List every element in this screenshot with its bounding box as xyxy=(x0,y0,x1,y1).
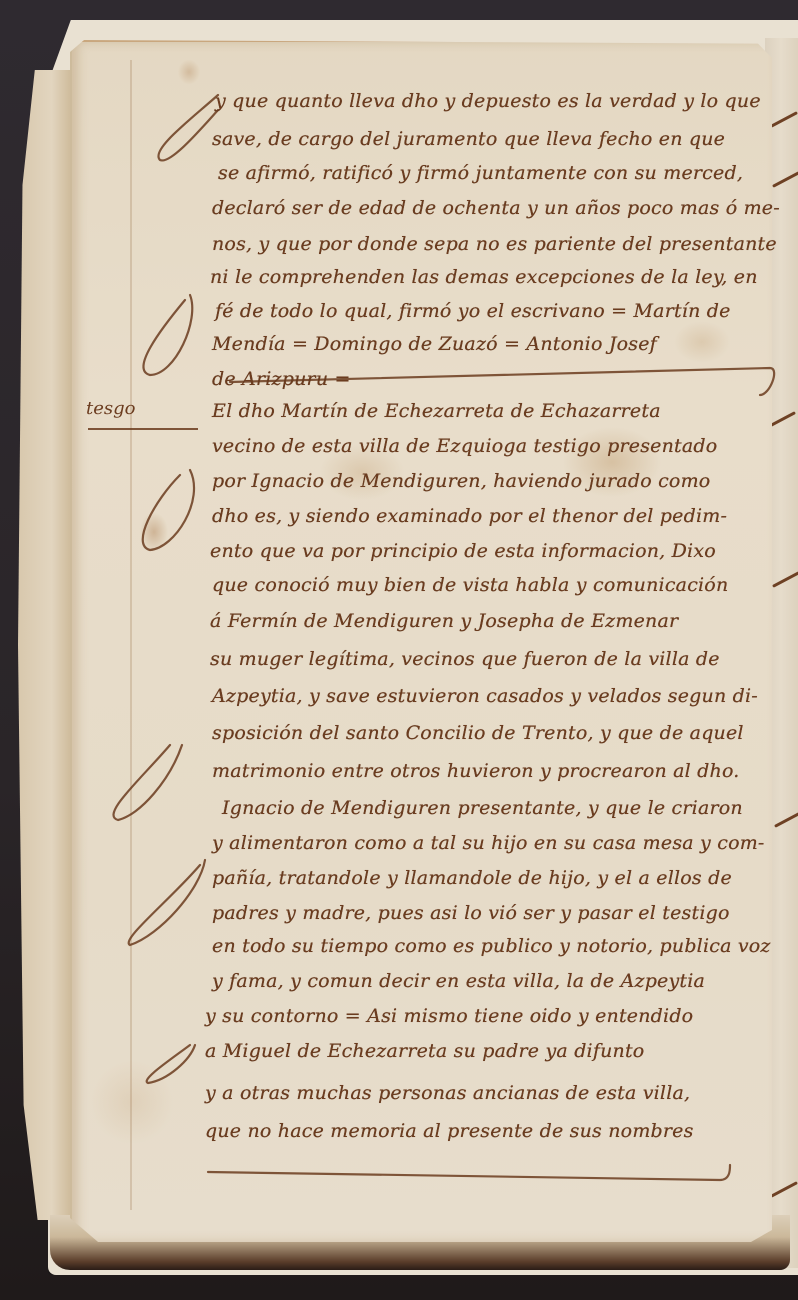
text-line: matrimonio entre otros huvieron y procre… xyxy=(212,760,740,782)
text-line: fé de todo lo qual, firmó yo el escrivan… xyxy=(215,300,731,322)
text-line: y alimentaron como a tal su hijo en su c… xyxy=(212,832,765,854)
text-line: por Ignacio de Mendiguren, haviendo jura… xyxy=(212,470,710,492)
text-line: á Fermín de Mendiguren y Josepha de Ezme… xyxy=(210,610,678,632)
text-line: save, de cargo del juramento que lleva f… xyxy=(212,128,725,150)
text-line: y que quanto lleva dho y depuesto es la … xyxy=(215,90,761,112)
text-line: de Arizpuru = xyxy=(212,368,351,390)
text-line: en todo su tiempo como es publico y noto… xyxy=(212,935,771,957)
text-line: a Miguel de Echezarreta su padre ya difu… xyxy=(205,1040,644,1062)
text-line: nos, y que por donde sepa no es pariente… xyxy=(212,233,777,255)
text-line: y a otras muchas personas ancianas de es… xyxy=(205,1082,690,1104)
text-line: ni le comprehenden las demas excepciones… xyxy=(210,266,758,288)
text-line: declaró ser de edad de ochenta y un años… xyxy=(212,197,780,219)
text-line: Azpeytia, y save estuvieron casados y ve… xyxy=(212,685,758,707)
text-line: ento que va por principio de esta inform… xyxy=(210,540,716,562)
text-line: dho es, y siendo examinado por el thenor… xyxy=(212,505,727,527)
text-line: El dho Martín de Echezarreta de Echazarr… xyxy=(212,400,661,422)
text-line: vecino de esta villa de Ezquioga testigo… xyxy=(212,435,717,457)
text-line: se afirmó, ratificó y firmó juntamente c… xyxy=(218,162,743,184)
photo-background: tesgo y que quanto lleva dho y depuesto … xyxy=(0,0,798,1300)
text-line: padres y madre, pues asi lo vió ser y pa… xyxy=(212,902,730,924)
margin-note-testigo: tesgo xyxy=(86,398,135,419)
text-line: sposición del santo Concilio de Trento, … xyxy=(212,722,744,744)
capital-flourish xyxy=(158,95,218,160)
text-line: que no hace memoria al presente de sus n… xyxy=(205,1120,694,1142)
margin-underline xyxy=(88,428,198,430)
text-line: Ignacio de Mendiguren presentante, y que… xyxy=(222,797,743,819)
text-line: pañía, tratandole y llamandole de hijo, … xyxy=(212,867,732,889)
text-line: y fama, y comun decir en esta villa, la … xyxy=(212,970,705,992)
text-line: y su contorno = Asi mismo tiene oido y e… xyxy=(205,1005,693,1027)
text-line: su muger legítima, vecinos que fueron de… xyxy=(210,648,720,670)
text-line: que conoció muy bien de vista habla y co… xyxy=(212,574,728,596)
text-line: Mendía = Domingo de Zuazó = Antonio Jose… xyxy=(212,333,657,355)
